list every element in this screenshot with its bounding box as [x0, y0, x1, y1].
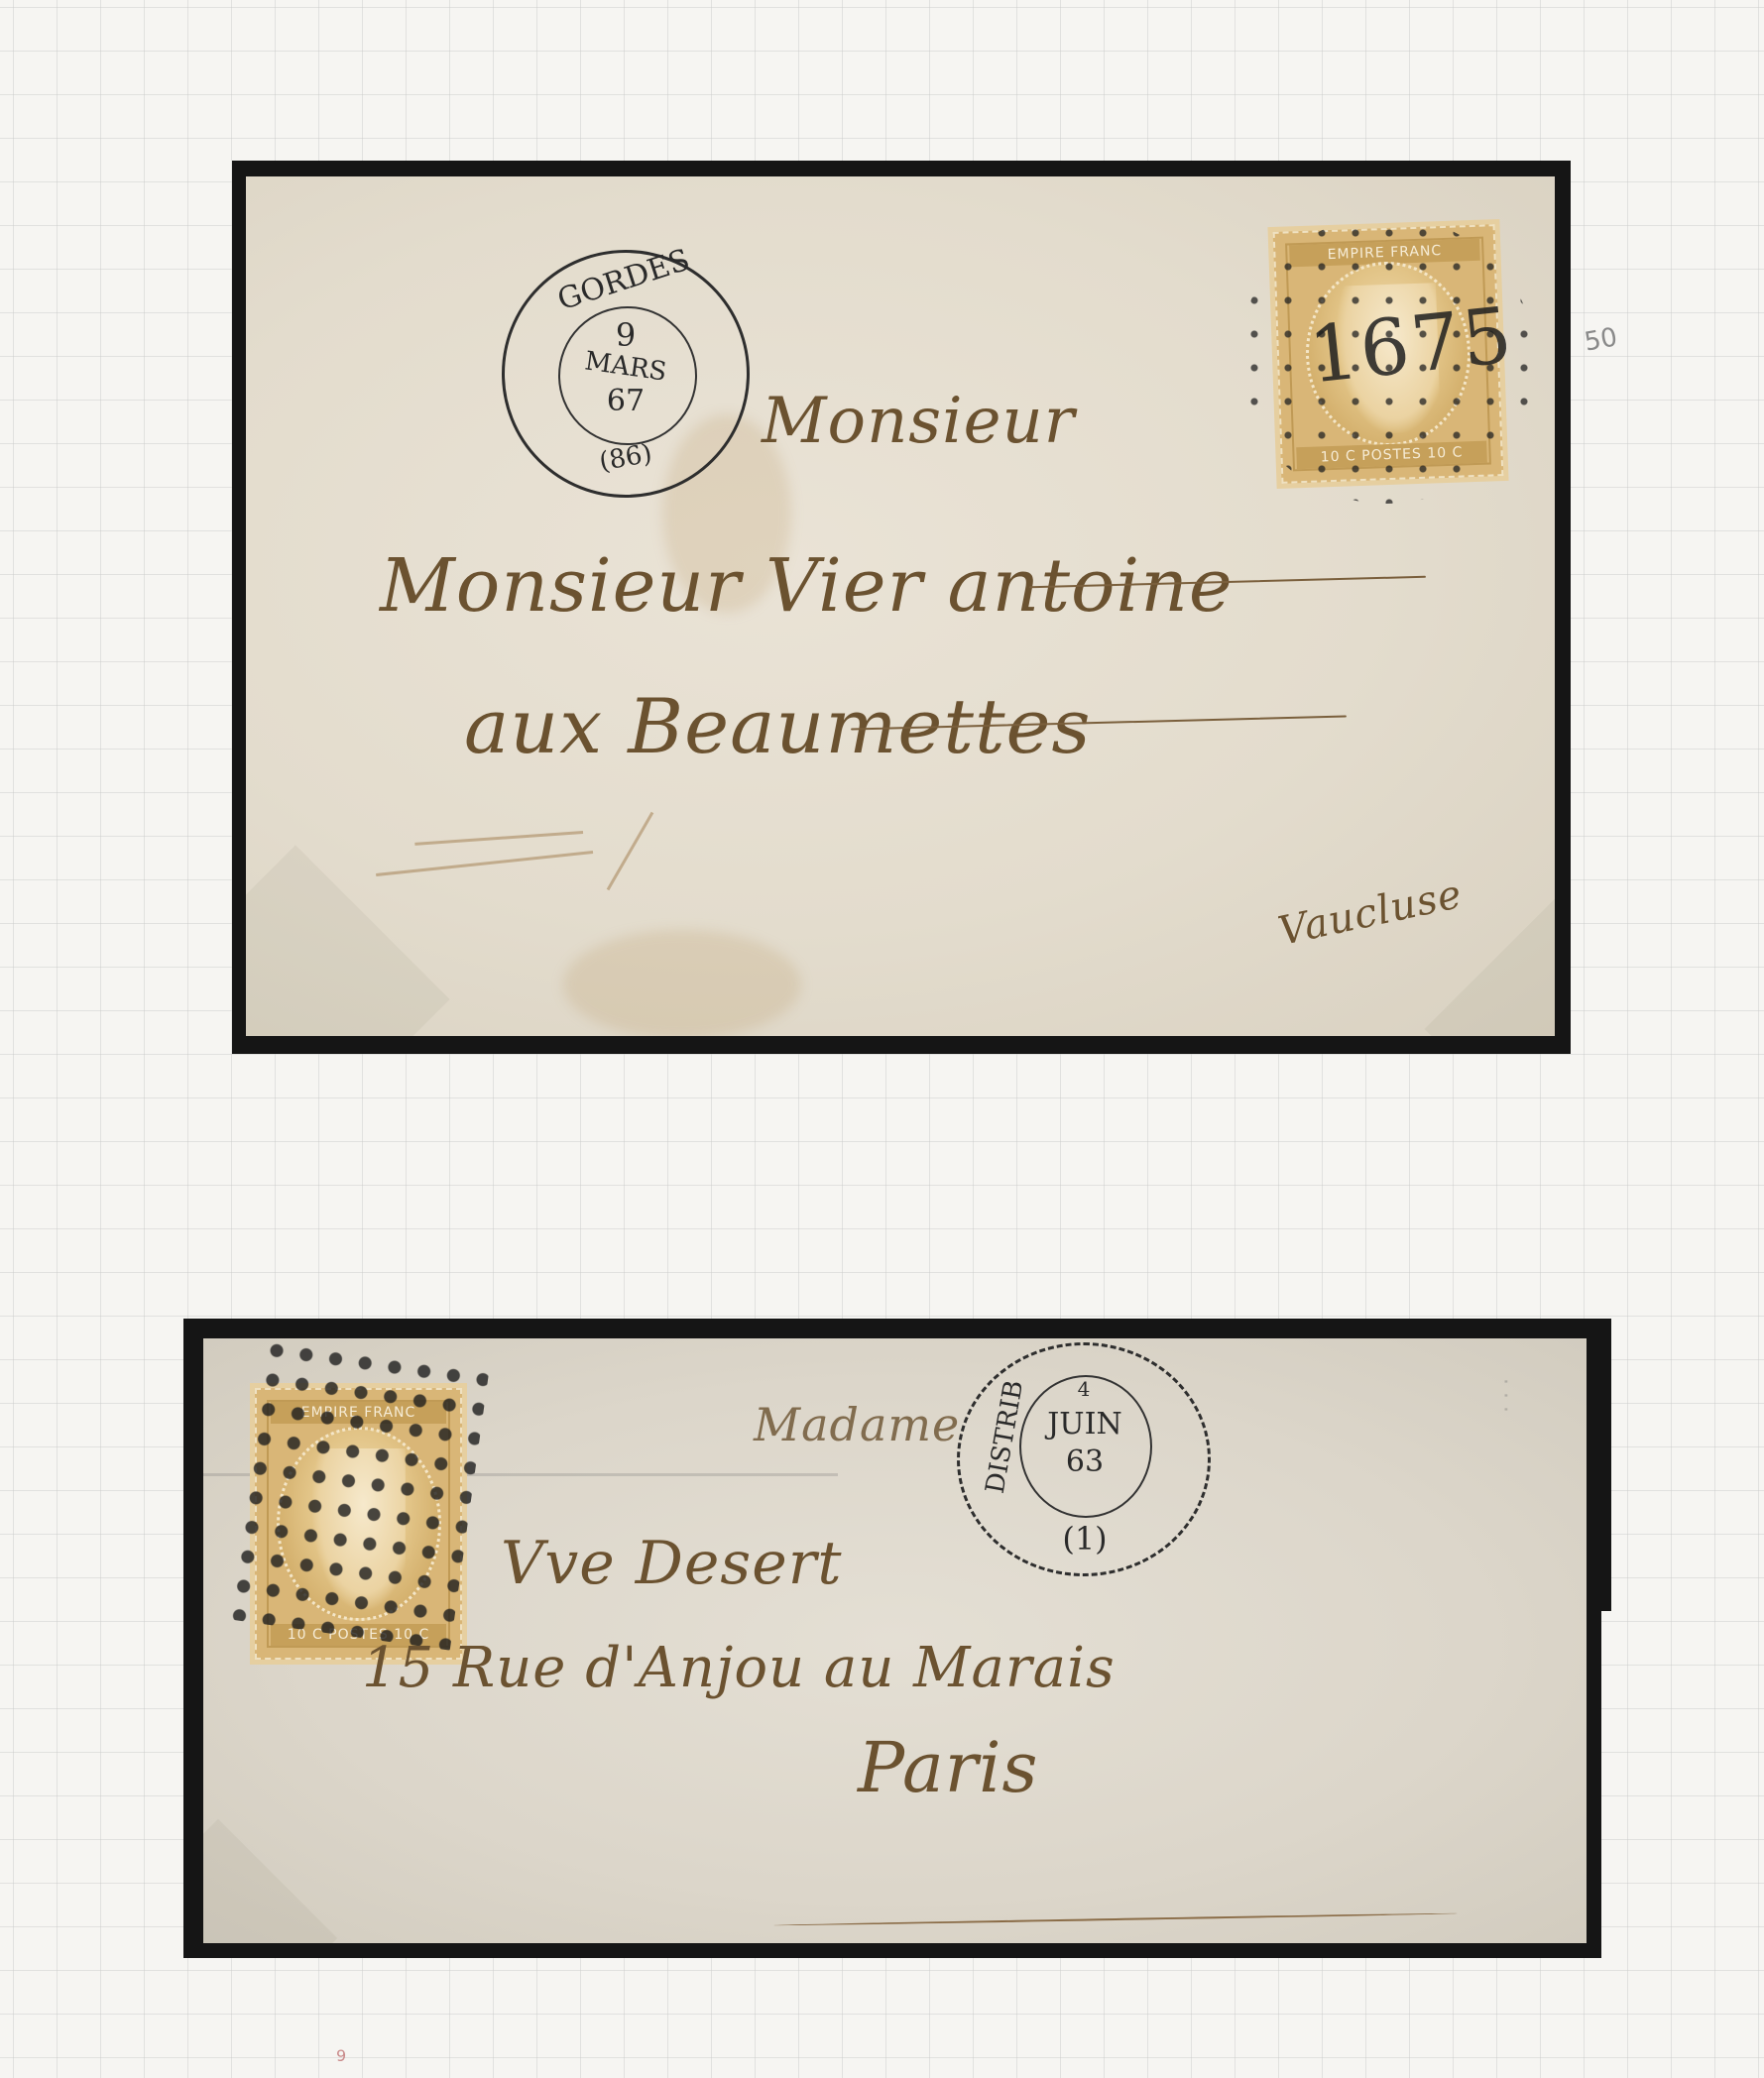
- postmark-month: JUIN: [1045, 1407, 1124, 1442]
- cover-1-postmark: GORDES 9 MARS 67 (86): [502, 250, 750, 498]
- cover-2-postmark: DISTRIB 4 JUIN 63 (1): [957, 1342, 1211, 1576]
- cover-1-flap-fold: [246, 845, 450, 1036]
- cover-1-envelope: GORDES 9 MARS 67 (86) EMPIRE FRANC 10 C …: [246, 176, 1555, 1036]
- postmark-day: 4: [1069, 1377, 1099, 1401]
- postmark-number: (1): [1055, 1520, 1115, 1558]
- cover-1-pen-strokes-2: [414, 831, 583, 846]
- cover-2-grid-cancel: [224, 1338, 490, 1651]
- pencil-note-top: 50: [1583, 322, 1620, 357]
- cover-2-corner-fold: [203, 1819, 337, 1943]
- cover-2-address-line2: 15 Rue d'Anjou au Marais: [362, 1636, 1116, 1700]
- cover-1-salutation: Monsieur: [762, 385, 1075, 458]
- cover-2-city: Paris: [858, 1727, 1038, 1808]
- cover-1-stain-2: [563, 930, 801, 1036]
- cover-2-salutation: Madame: [754, 1398, 960, 1451]
- cover-2-underline: [773, 1912, 1458, 1926]
- cover-2-addressee-name: Vve Desert: [501, 1529, 843, 1598]
- postmark-year: 67: [596, 384, 655, 418]
- cover-1-pen-strokes: [376, 851, 593, 876]
- cover-2-show-through-text: · · ·: [1492, 1378, 1517, 1894]
- cover-2-letter-sheet: · · · EMPIRE FRANC 10 C POSTES 10 C DIST…: [203, 1338, 1587, 1943]
- cover-1-pen-strokes-3: [607, 812, 654, 890]
- cover-1-region: Vaucluse: [1274, 871, 1466, 955]
- pencil-note-bottom: 9: [336, 2046, 346, 2065]
- postmark-year: 63: [1055, 1444, 1115, 1479]
